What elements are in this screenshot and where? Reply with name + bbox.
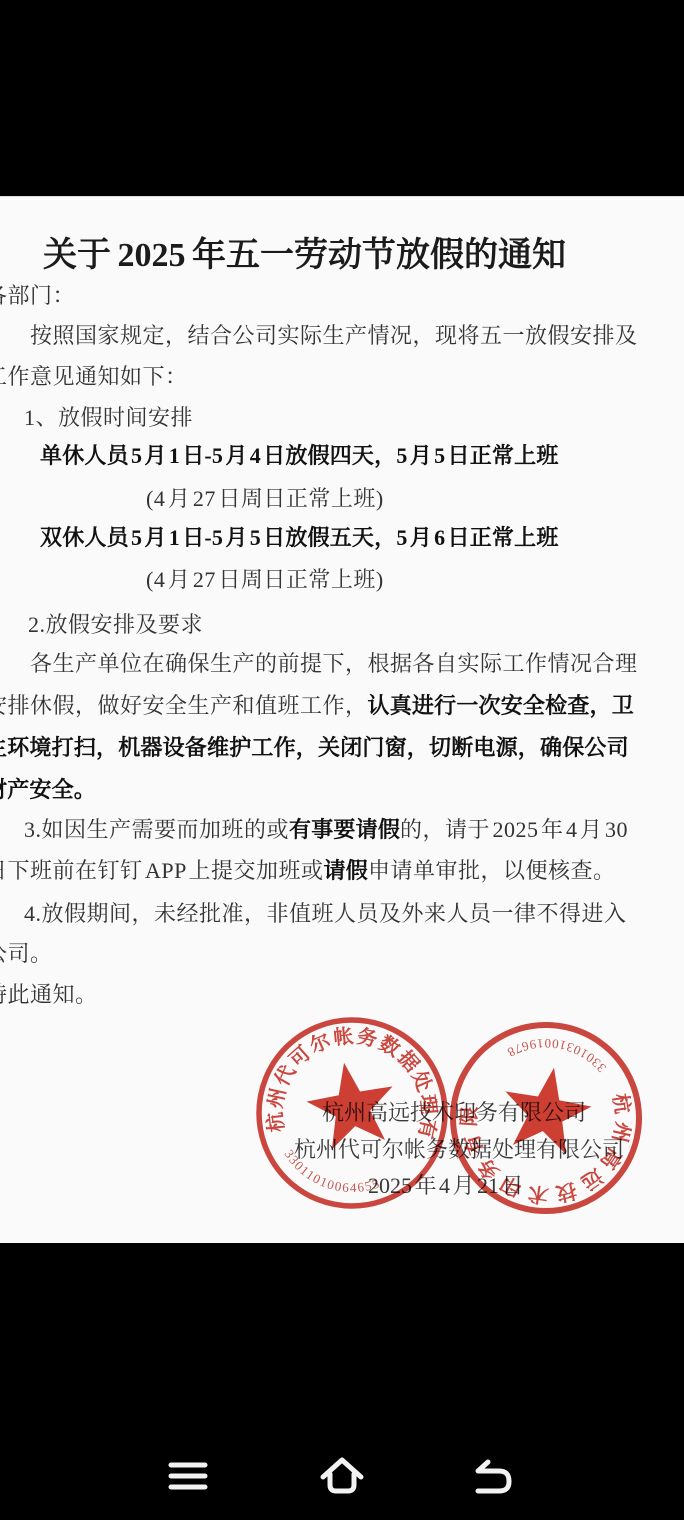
doc-line-section4-1: 4.放假期间，未经批准，非值班人员及外来人员一律不得进入 <box>24 897 627 928</box>
doc-line-double-rest: 双休人员 5 月 1 日-5 月 5 日放假五天，5 月 6 日正常上班 <box>40 521 559 552</box>
android-nav-bar <box>0 1243 684 1520</box>
doc-line-single-rest: 单休人员 5 月 1 日-5 月 4 日放假四天，5 月 5 日正常上班 <box>40 439 559 470</box>
doc-line-intro-2: 工作意见通知如下： <box>0 360 188 391</box>
doc-line-section2-4: 财产安全。 <box>0 773 96 804</box>
doc-line-section2-heading: 2.放假安排及要求 <box>28 608 203 639</box>
top-letterbox <box>0 0 684 196</box>
doc-line-closing: 特此通知。 <box>0 978 98 1009</box>
home-icon[interactable] <box>316 1450 368 1502</box>
seal-star-icon <box>301 1055 402 1152</box>
notice-document: 关于 2025 年五一劳动节放假的通知 各部门： 按照国家规定，结合公司实际生产… <box>0 196 684 1245</box>
company-seal-left: 杭州代可尔帐务数据处理有限公司 33011010064655 <box>247 1008 457 1218</box>
company-seal-right: 杭州高远技术印务有限公司 33010310019678 <box>441 1013 651 1223</box>
doc-line-section4-2: 公司。 <box>0 937 53 968</box>
doc-line-section1-heading: 1、放假时间安排 <box>24 401 193 432</box>
doc-line-section3-1: 3.如因生产需要而加班的或有事要请假的，请于 2025 年 4 月 30 <box>24 813 628 844</box>
page-title: 关于 2025 年五一劳动节放假的通知 <box>43 227 566 276</box>
doc-line-single-rest-note: (4 月 27 日周日正常上班) <box>146 482 384 513</box>
doc-line-section2-2: 安排休假，做好安全生产和值班工作，认真进行一次安全检查，卫 <box>0 689 634 720</box>
back-icon[interactable] <box>468 1450 520 1502</box>
doc-line-intro-1: 按照国家规定，结合公司实际生产情况，现将五一放假安排及 <box>30 319 638 350</box>
menu-icon[interactable] <box>162 1450 214 1502</box>
seal-star-icon <box>497 1060 598 1157</box>
doc-line-section2-1: 各生产单位在确保生产的前提下，根据各自实际工作情况合理 <box>30 647 638 678</box>
phone-screen: 关于 2025 年五一劳动节放假的通知 各部门： 按照国家规定，结合公司实际生产… <box>0 0 684 1520</box>
doc-line-section2-3: 生环境打扫，机器设备维护工作，关闭门窗，切断电源，确保公司 <box>0 731 629 762</box>
doc-line-section3-2: 日下班前在钉钉 APP 上提交加班或请假申请单审批，以便核查。 <box>0 854 615 885</box>
doc-line-salutation: 各部门： <box>0 279 75 310</box>
doc-line-double-rest-note: (4 月 27 日周日正常上班) <box>146 563 384 594</box>
